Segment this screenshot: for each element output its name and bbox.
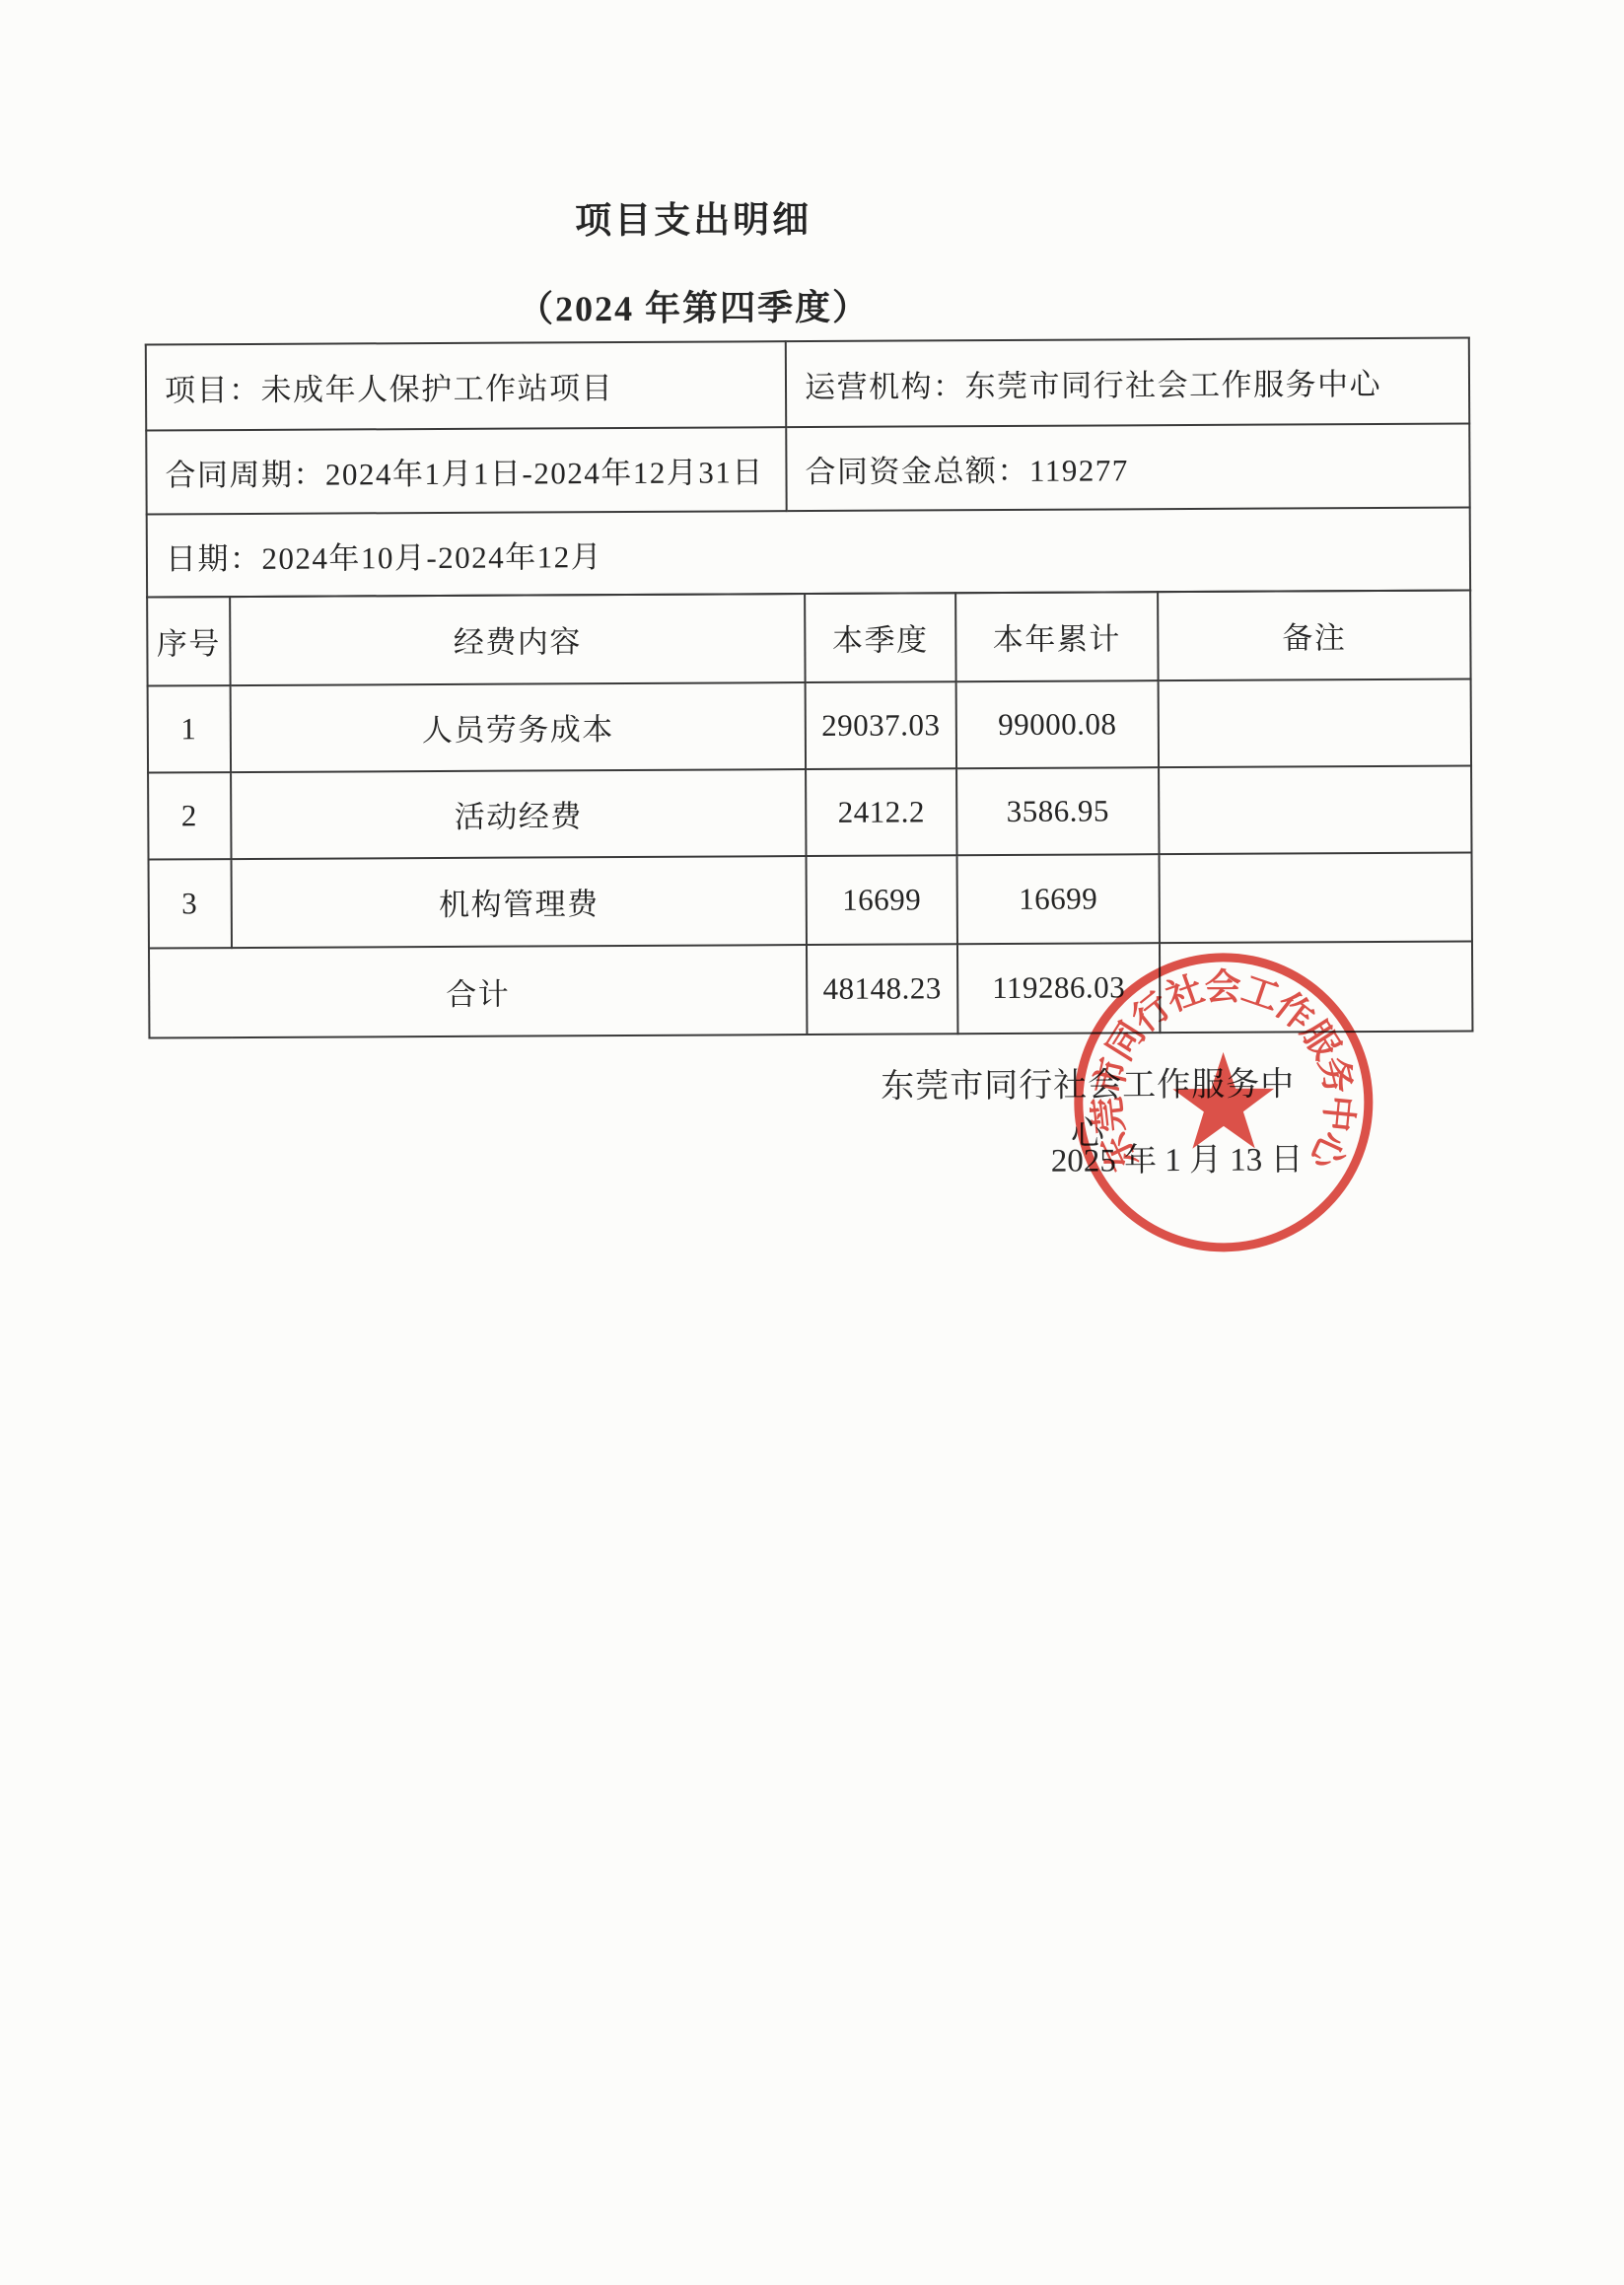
table-row: 日期：2024年10月-2024年12月 — [147, 508, 1470, 598]
header-note: 备注 — [1158, 590, 1470, 680]
contract-total-cell: 合同资金总额：119277 — [786, 424, 1469, 512]
row-item: 人员劳务成本 — [231, 682, 806, 772]
table-row: 合同周期：2024年1月1日-2024年12月31日 合同资金总额：119277 — [146, 424, 1469, 515]
row-year-total: 16699 — [957, 854, 1160, 944]
row-quarter: 16699 — [807, 855, 957, 945]
table-header-row: 序号 经费内容 本季度 本年累计 备注 — [147, 590, 1470, 685]
header-serial: 序号 — [147, 597, 230, 685]
official-stamp: 东莞市同行社会工作服务中心 — [1065, 944, 1382, 1261]
date-range-cell: 日期：2024年10月-2024年12月 — [147, 508, 1470, 598]
project-info-table: 项目：未成年人保护工作站项目 运营机构：东莞市同行社会工作服务中心 合同周期：2… — [145, 337, 1471, 599]
page-content: 项目支出明细 （2024 年第四季度） 项目：未成年人保护工作站项目 运营机构：… — [0, 0, 1624, 2285]
table-row: 2 活动经费 2412.2 3586.95 — [148, 765, 1471, 859]
header-item: 经费内容 — [230, 594, 805, 685]
row-note — [1160, 852, 1472, 943]
project-cell: 项目：未成年人保护工作站项目 — [146, 341, 786, 430]
operator-cell: 运营机构：东莞市同行社会工作服务中心 — [786, 338, 1469, 428]
row-note — [1159, 765, 1471, 854]
table-row: 项目：未成年人保护工作站项目 运营机构：东莞市同行社会工作服务中心 — [146, 338, 1469, 431]
row-quarter: 2412.2 — [806, 768, 956, 856]
expenditure-table-block: 项目：未成年人保护工作站项目 运营机构：东莞市同行社会工作服务中心 合同周期：2… — [145, 337, 1472, 1039]
page-subtitle: （2024 年第四季度） — [0, 277, 1389, 334]
total-label: 合计 — [149, 945, 807, 1037]
row-quarter: 29037.03 — [806, 681, 956, 769]
row-serial: 3 — [149, 859, 232, 948]
stamp-char: 莞 — [1087, 1095, 1132, 1135]
row-year-total: 3586.95 — [956, 767, 1159, 855]
total-quarter: 48148.23 — [807, 944, 957, 1035]
row-item: 机构管理费 — [232, 856, 807, 948]
stamp-star — [1172, 1052, 1274, 1149]
row-item: 活动经费 — [231, 769, 806, 859]
header-year-total: 本年累计 — [955, 592, 1158, 681]
stamp-char: 心 — [1301, 1125, 1354, 1178]
row-year-total: 99000.08 — [956, 680, 1159, 768]
table-row: 1 人员劳务成本 29037.03 99000.08 — [148, 678, 1471, 772]
stamp-char: 会 — [1205, 966, 1241, 1008]
scanned-document-page: 项目支出明细 （2024 年第四季度） 项目：未成年人保护工作站项目 运营机构：… — [0, 0, 1624, 2285]
row-note — [1159, 678, 1471, 767]
row-serial: 2 — [148, 772, 231, 859]
table-row: 3 机构管理费 16699 16699 — [149, 852, 1472, 948]
contract-period-cell: 合同周期：2024年1月1日-2024年12月31日 — [146, 427, 786, 514]
header-quarter: 本季度 — [805, 593, 955, 682]
page-title: 项目支出明细 — [0, 186, 1388, 247]
row-serial: 1 — [148, 685, 231, 772]
